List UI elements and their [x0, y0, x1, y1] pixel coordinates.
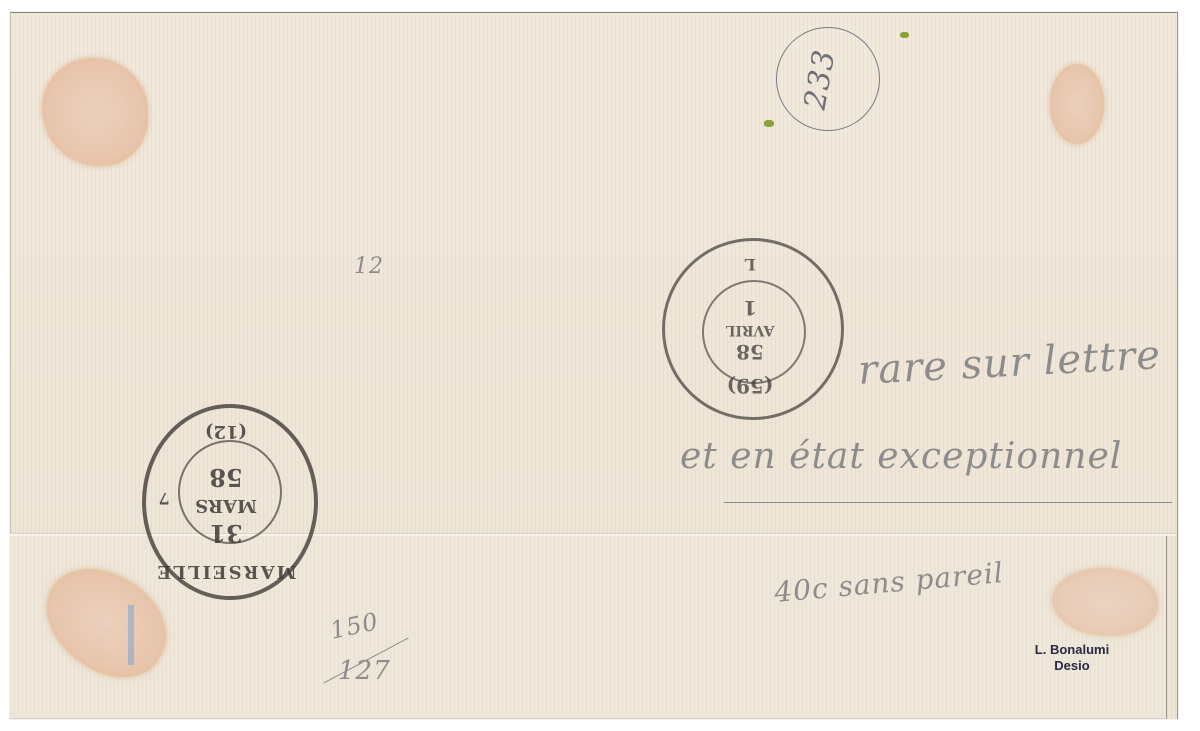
arrival-bottom: (59): [662, 374, 838, 398]
fraction-bottom: 127: [338, 656, 391, 686]
marseille-bottom: (12): [142, 421, 310, 442]
marseille-town: MARSEILLE: [142, 561, 310, 582]
arrival-top: L: [662, 255, 838, 274]
marseille-postmark-text: MARSEILLE 31 MARS 58 (12) 7: [142, 404, 310, 592]
dealer-stamp: L. Bonalumi Desio: [1020, 642, 1124, 674]
dealer-name: L. Bonalumi: [1020, 642, 1124, 658]
pencil-number: 12: [354, 254, 384, 279]
arrival-day: 1: [662, 296, 838, 320]
arrival-month: AVRIL: [662, 322, 838, 338]
note-condition: et en état exceptionnel: [680, 436, 1122, 477]
marseille-year: 58: [142, 463, 310, 492]
seal-remnant-top-right: [1050, 64, 1104, 144]
blue-mark: [128, 605, 134, 665]
green-speck: [764, 120, 774, 127]
dealer-town: Desio: [1020, 658, 1124, 674]
arrival-year: 58: [662, 340, 838, 364]
note-underline: [724, 502, 1172, 503]
arrival-postmark-text: (59) 58 AVRIL 1 L: [662, 238, 838, 414]
marseille-side: 7: [154, 489, 174, 508]
marseille-day: 31: [142, 519, 310, 548]
green-speck: [900, 32, 909, 38]
